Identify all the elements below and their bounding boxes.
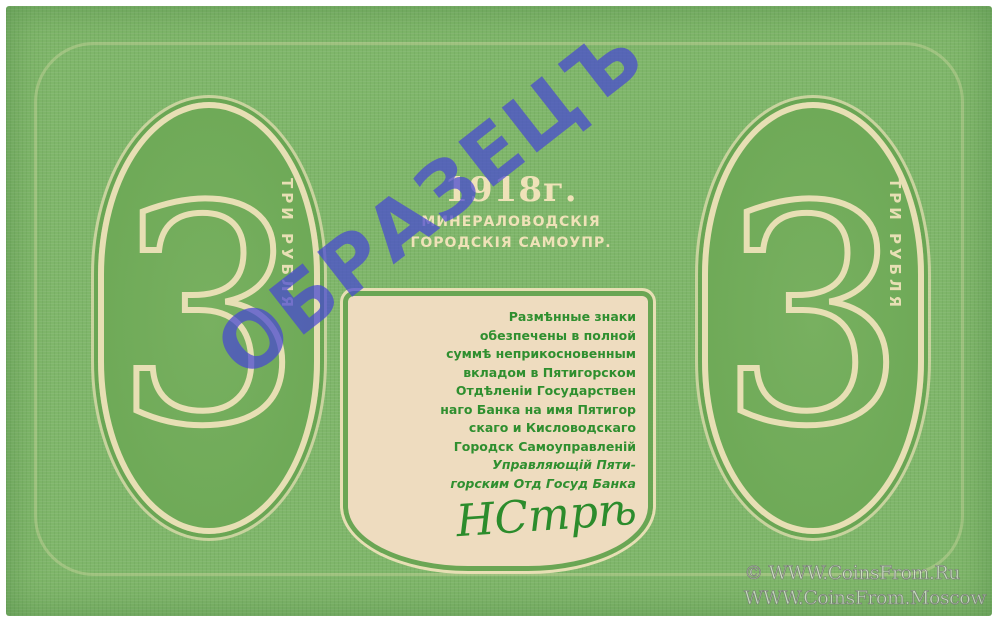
banknote: 3 ТРИ РУБЛЯ 3 ТРИ РУБЛЯ 1918г. МИНЕРАЛОВ… [6, 6, 992, 616]
text-line: вкладом в Пятигорском [361, 364, 636, 383]
denomination-words-right: ТРИ РУБЛЯ [886, 178, 904, 311]
text-line: скаго и Кисловодскаго [361, 419, 636, 438]
right-denomination-oval: 3 ТРИ РУБЛЯ [702, 102, 924, 534]
text-line: обезпечены в полной [361, 327, 636, 346]
watermark-line-1: © WWW.CoinsFrom.Ru [744, 562, 960, 584]
text-line: Размѣнные знаки [361, 308, 636, 327]
guarantee-text: Размѣнные знаки обезпечены в полной сумм… [361, 308, 636, 493]
text-line: Отдѣленіи Государствен [361, 382, 636, 401]
text-line: наго Банка на имя Пятигор [361, 401, 636, 420]
watermark-line-2: WWW.CoinsFrom.Moscow [744, 587, 986, 609]
text-line: суммѣ неприкосновенным [361, 345, 636, 364]
text-line: Городск Самоуправленій [361, 438, 636, 457]
signature-title-line: Управляющій Пяти- [361, 456, 636, 475]
